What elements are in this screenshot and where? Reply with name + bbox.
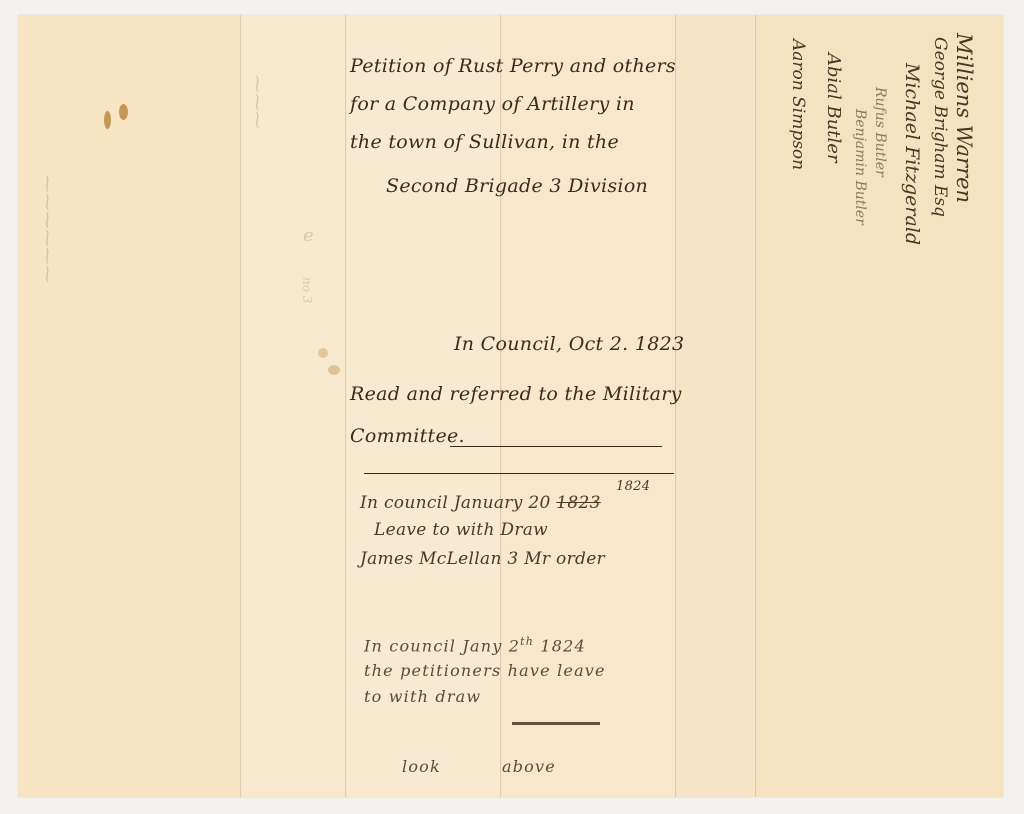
council-note-2-line-2: Leave to with Draw (374, 520, 548, 540)
docket-line-1: Petition of Rust Perry and others (350, 55, 676, 77)
water-stain (318, 348, 328, 358)
signature-2: George Brigham Esq (930, 37, 950, 217)
ink-stain (104, 111, 111, 129)
docket-line-4: Second Brigade 3 Division (386, 175, 648, 197)
docket-line-2: for a Company of Artillery in (350, 93, 635, 115)
council-date-2: In council January 20 1823 (360, 493, 601, 513)
signature-5: Benjamin Butler (852, 109, 868, 225)
council-note-1-line-2: Committee. (350, 425, 465, 447)
council-note-2-line-3: James McLellan 3 Mr order (360, 549, 605, 569)
struck-year: 1823 (556, 493, 600, 513)
council-date-2-text: In council January 20 (360, 493, 551, 513)
fold-line (755, 15, 757, 797)
signature-3: Michael Fitzgerald (901, 63, 923, 245)
bleed-through-text: ⁓⁓⁓ (247, 75, 268, 129)
fold-line (675, 15, 677, 797)
signature-4: Rufus Butler (872, 87, 888, 177)
separator-rule (364, 473, 674, 474)
bleed-through-text: ⁓⁓⁓⁓⁓⁓ (37, 175, 58, 283)
document-sheet: ⁓⁓⁓⁓⁓⁓ ⁓⁓⁓ e no 3 Petition of Rust Perry… (18, 15, 1003, 797)
council-note-1-line-1: Read and referred to the Military (350, 383, 682, 405)
council-date-3-text: In council Jany 2 (364, 636, 520, 655)
above-word: above (502, 757, 556, 776)
fold-panel-2 (240, 15, 345, 797)
date-superscript: th (520, 635, 534, 648)
council-date-3-year: 1824 (540, 636, 586, 655)
council-note-3-line-3: to with draw (364, 687, 481, 706)
council-note-3-line-2: the petitioners have leave (364, 661, 606, 680)
docket-line-3: the town of Sullivan, in the (350, 131, 619, 153)
fold-line (345, 15, 347, 797)
council-date-1: In Council, Oct 2. 1823 (454, 333, 684, 355)
water-stain (328, 365, 340, 375)
struck-signature (512, 722, 600, 725)
ink-stain (119, 104, 128, 120)
signature-1: Milliens Warren (952, 33, 976, 203)
pencil-mark-e: e (303, 225, 314, 246)
signature-7: Aaron Simpson (788, 39, 808, 170)
council-date-3: In council Jany 2th 1824 (364, 635, 586, 655)
pencil-mark-no3: no 3 (300, 277, 314, 303)
fold-panel-1 (18, 15, 240, 797)
look-word: look (402, 757, 441, 776)
underline-rule (450, 446, 662, 447)
signature-6: Abial Butler (823, 53, 844, 163)
year-correction: 1824 (616, 479, 650, 494)
fold-panel-5 (675, 15, 755, 797)
fold-line (240, 15, 242, 797)
